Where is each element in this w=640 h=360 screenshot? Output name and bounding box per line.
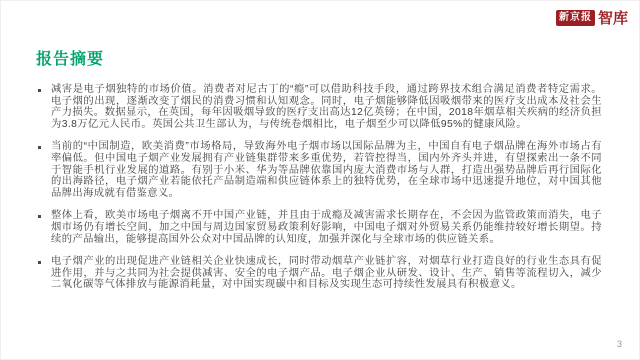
summary-bullet-3: 整体上看，欧美市场电子烟离不开中国产业链，并且由于成瘾及减害需求长期存在，不会因… bbox=[36, 210, 602, 245]
bullet-marker-icon bbox=[38, 261, 41, 264]
summary-bullet-2: 当前的“中国制造，欧美消费”市场格局，导致海外电子烟市场以国际品牌为主，中国自有… bbox=[36, 141, 602, 199]
page-number: 3 bbox=[617, 339, 622, 349]
summary-bullet-3-text: 整体上看，欧美市场电子烟离不开中国产业链，并且由于成瘾及减害需求长期存在，不会因… bbox=[51, 210, 602, 245]
bullet-marker-icon bbox=[38, 215, 41, 218]
logo-boxed-wordmark: 新京报 bbox=[556, 10, 595, 26]
report-slide: 新京报 智库 报告摘要 减害是电子烟独特的市场价值。消费者对尼古丁的“瘾”可以借… bbox=[0, 0, 640, 360]
page-title: 报告摘要 bbox=[36, 46, 104, 69]
xinjingbao-zhiku-logo: 新京报 智库 bbox=[556, 10, 628, 26]
summary-bullet-2-text: 当前的“中国制造，欧美消费”市场格局，导致海外电子烟市场以国际品牌为主，中国自有… bbox=[51, 141, 602, 199]
summary-bullet-4-text: 电子烟产业的出现促进产业链相关企业快速成长，同时带动烟草产业链扩容，对烟草行业打… bbox=[51, 256, 602, 291]
logo-suffix-wordmark: 智库 bbox=[598, 11, 628, 26]
bullet-marker-icon bbox=[38, 146, 41, 149]
summary-bullet-list: 减害是电子烟独特的市场价值。消费者对尼古丁的“瘾”可以借助科技手段，通过跨界技术… bbox=[36, 84, 602, 302]
summary-bullet-4: 电子烟产业的出现促进产业链相关企业快速成长，同时带动烟草产业链扩容，对烟草行业打… bbox=[36, 256, 602, 291]
summary-bullet-1-text: 减害是电子烟独特的市场价值。消费者对尼古丁的“瘾”可以借助科技手段，通过跨界技术… bbox=[51, 84, 602, 130]
summary-bullet-1: 减害是电子烟独特的市场价值。消费者对尼古丁的“瘾”可以借助科技手段，通过跨界技术… bbox=[36, 84, 602, 130]
bullet-marker-icon bbox=[38, 89, 41, 92]
